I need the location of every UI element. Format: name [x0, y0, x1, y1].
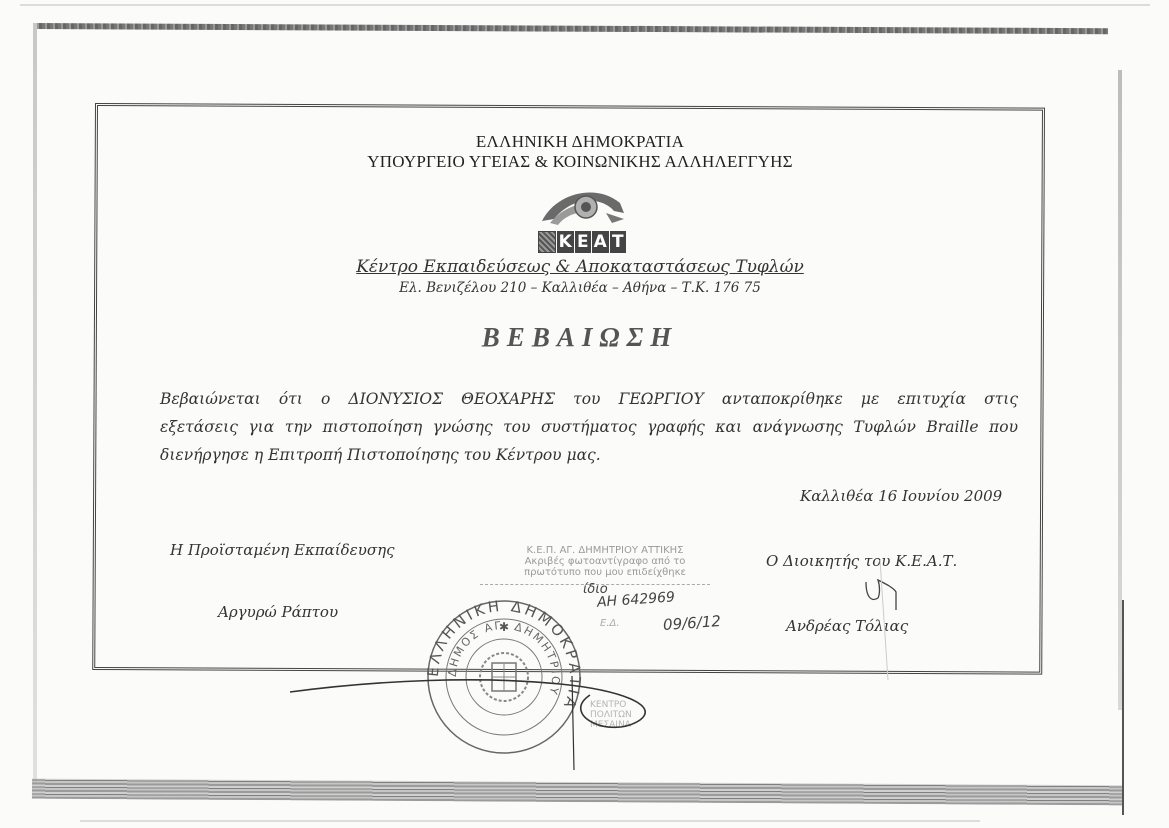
signature-strokes [0, 0, 1169, 828]
